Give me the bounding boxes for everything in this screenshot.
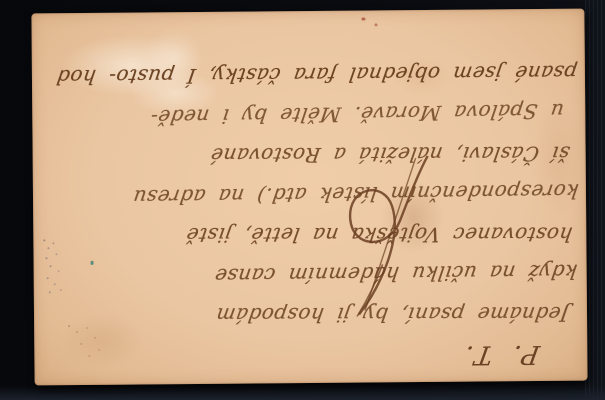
handwritten-line: hostovanec Vojtěška na lettě, jistě xyxy=(38,215,575,256)
salutation: P. T. xyxy=(39,333,543,379)
handwritten-line: Jednáme psaní, by ji hospodám xyxy=(39,294,572,336)
background-bottom-sheen xyxy=(0,386,605,400)
handwriting-layer: P. T. Jednáme psaní, by ji hospodám když… xyxy=(31,9,587,386)
background-rib-texture xyxy=(585,0,605,400)
handwritten-line: psané jsem objednal fara částky, Í pusto… xyxy=(37,53,580,98)
handwritten-line: když na učilku hádemním canse xyxy=(39,252,580,299)
postcard: P. T. Jednáme psaní, by ji hospodám když… xyxy=(31,9,587,386)
scan-background: P. T. Jednáme psaní, by ji hospodám když… xyxy=(0,0,605,400)
handwritten-line: u Spálova Moravě. Mělte by i nedě- xyxy=(37,91,566,139)
handwritten-line: ší Čáslavi, náležitá a Rostované xyxy=(38,134,573,177)
handwritten-line: korespondenčním lístek atd.) na adresu xyxy=(38,171,581,219)
